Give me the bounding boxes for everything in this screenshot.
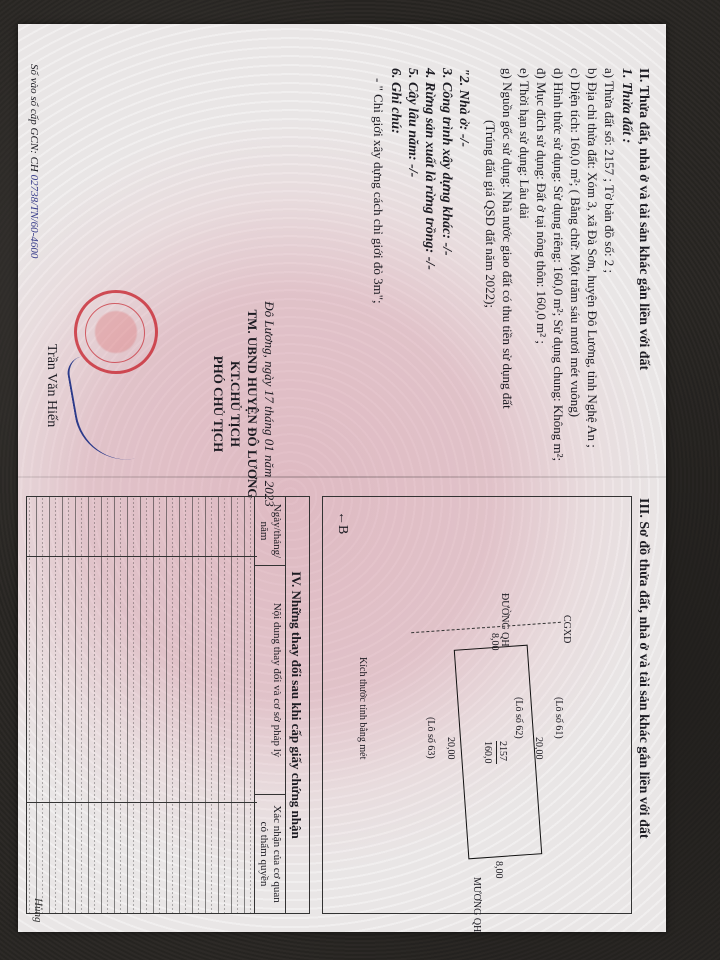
house-line: "2. Nhà ở: -/- (455, 68, 472, 468)
col-content: Nội dung thay đổi và cơ sở pháp lý (255, 566, 285, 795)
handwritten-initials: Hùng (29, 898, 46, 922)
land-item-a: a) Thửa đất số: 2157 ; Tờ bản đồ số: 2 ; (601, 68, 618, 468)
forest-line: 4. Rừng sản xuất là rừng trồng: -/- (421, 68, 438, 468)
land-item-dd: đ) Mục đích sử dụng: Đất ở tại nông thôn… (533, 68, 550, 468)
neighbor-lot-63: (Lô số 63) (422, 717, 439, 759)
section-2: II. Thửa đất, nhà ở và tài sản khác gắn … (370, 68, 652, 468)
table-header: Ngày/tháng/ năm Nội dung thay đổi và cơ … (254, 497, 285, 913)
canal-label: MƯƠNG QH (468, 877, 485, 932)
road-label: ĐƯỜNG QH (496, 593, 513, 647)
section-4-changes-table: IV. Những thay đổi sau khi cấp giấy chứn… (26, 496, 310, 914)
perennial-line: 5. Cây lâu năm: -/- (404, 68, 421, 468)
land-heading: 1. Thửa đất : (618, 68, 635, 468)
lot-area: 160,0 (479, 741, 497, 764)
boundary-label: CGXD (558, 615, 575, 643)
col-confirmation: Xác nhận của cơ quan có thẩm quyền (255, 795, 285, 913)
dim-right: 8,00 (490, 861, 507, 879)
dim-bottom: 20,00 (442, 737, 459, 760)
land-item-e: e) Thời hạn sử dụng: Lâu dài (516, 68, 533, 468)
section-2-title: II. Thửa đất, nhà ở và tài sản khác gắn … (635, 68, 652, 468)
land-item-g: g) Nguồn gốc sử dụng: Nhà nước giao đất … (499, 68, 516, 468)
page-section-3-4: III. Sơ đồ thửa đất, nhà ở và tài sản kh… (18, 478, 666, 932)
north-arrow-icon: ←B (334, 511, 351, 534)
land-item-c: c) Diện tích: 160,0 m²; ( Bằng chữ: Một … (567, 68, 584, 468)
note-line: - " Chỉ giới xây dựng cách chỉ giới đỏ 3… (370, 68, 387, 468)
lot-diagram: CGXD 20,00 8,00 20,00 8,00 2157 160,0 (L… (322, 496, 632, 914)
signer-name: Trần Văn Hiến (43, 344, 60, 427)
boundary-dashed-line (411, 622, 561, 633)
neighbor-lot-61: (Lô số 61) (550, 697, 567, 739)
other-works-line: 3. Công trình xây dựng khác: -/- (438, 68, 455, 468)
certificate-document: II. Thửa đất, nhà ở và tài sản khác gắn … (18, 24, 666, 932)
registry-handwritten: 02738/TN/60-4600 (28, 175, 40, 259)
registry-number: Số vào sổ cấp GCN: CH 02738/TN/60-4600 (25, 64, 42, 258)
origin-note: (Trúng đấu giá QSD đất năm 2022); (482, 68, 499, 468)
dim-top: 20,00 (530, 737, 547, 760)
registry-label: Số vào sổ cấp GCN: CH (28, 64, 40, 172)
notes-heading: 6. Ghi chú: (387, 68, 404, 468)
neighbor-lot-62: (Lô số 62) (510, 697, 527, 739)
table-body (27, 497, 257, 913)
land-item-d: d) Hình thức sử dụng: Sử dụng riêng: 160… (550, 68, 567, 468)
page-section-2: II. Thửa đất, nhà ở và tài sản khác gắn … (18, 24, 666, 478)
section-4-title: IV. Những thay đổi sau khi cấp giấy chứn… (285, 497, 309, 913)
land-item-b: b) Địa chỉ thửa đất: Xóm 3, xã Đà Sơn, h… (584, 68, 601, 468)
section-3-title: III. Sơ đồ thửa đất, nhà ở và tài sản kh… (635, 498, 652, 839)
scale-note: Kích thước tính bằng mét (354, 657, 371, 759)
col-date: Ngày/tháng/ năm (255, 497, 285, 566)
